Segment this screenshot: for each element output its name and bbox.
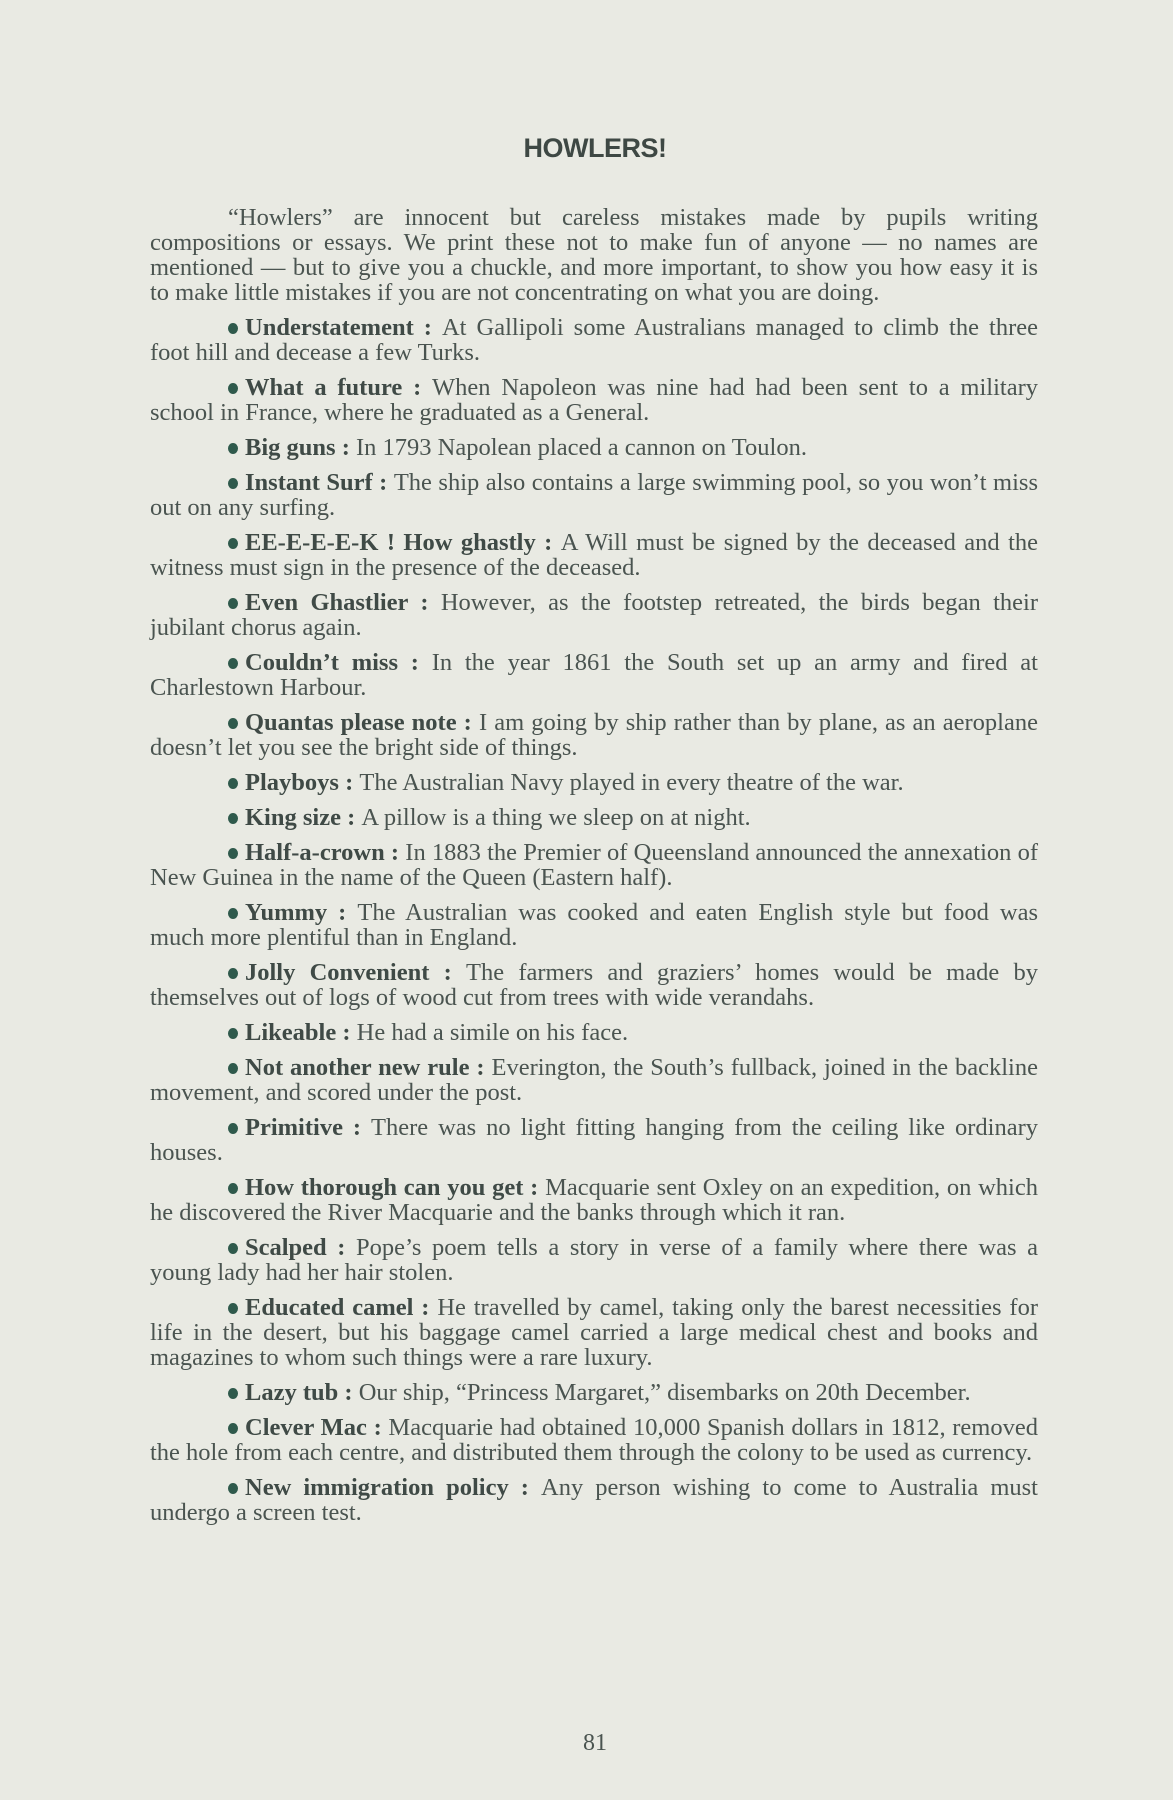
label-separator: :: [336, 434, 356, 461]
howler-label: What a future: [245, 374, 402, 401]
bullet-icon: [228, 443, 238, 454]
howler-label: Likeable: [245, 1019, 336, 1046]
howler-label: Playboys: [245, 769, 339, 796]
label-separator: :: [414, 314, 442, 341]
bullet-icon: [228, 1243, 238, 1254]
howler-entry: Playboys : The Australian Navy played in…: [150, 770, 1038, 795]
howler-entry: Quantas please note : I am going by ship…: [150, 710, 1038, 760]
howler-entry: Understatement : At Gallipoli some Austr…: [150, 315, 1038, 365]
howler-entry: Even Ghastlier : However, as the footste…: [150, 590, 1038, 640]
howler-entry: Lazy tub : Our ship, “Princess Margaret,…: [150, 1380, 1038, 1405]
label-separator: :: [327, 899, 357, 926]
bullet-icon: [228, 1303, 238, 1314]
howler-label: Jolly Convenient: [245, 959, 429, 986]
howler-entry: New immigration policy : Any person wish…: [150, 1475, 1038, 1525]
howler-label: Half-a-crown: [245, 839, 385, 866]
bullet-icon: [228, 848, 238, 859]
howler-entry: Primitive : There was no light fitting h…: [150, 1115, 1038, 1165]
bullet-icon: [228, 1423, 238, 1434]
label-separator: :: [339, 769, 359, 796]
label-separator: :: [509, 1474, 541, 1501]
page-title: HOWLERS!: [150, 133, 1040, 164]
bullet-icon: [228, 813, 238, 824]
howler-entry: Half-a-crown : In 1883 the Premier of Qu…: [150, 840, 1038, 890]
howler-label: Scalped: [245, 1234, 327, 1261]
howler-label: Primitive: [245, 1114, 343, 1141]
label-separator: :: [408, 589, 441, 616]
howler-label: Even Ghastlier: [245, 589, 408, 616]
howler-entry: Instant Surf : The ship also contains a …: [150, 470, 1038, 520]
howler-label: Yummy: [245, 899, 327, 926]
bullet-icon: [228, 538, 238, 549]
howler-entry: EE-E-E-E-K ! How ghastly : A Will must b…: [150, 530, 1038, 580]
howler-label: Big guns: [245, 434, 336, 461]
label-separator: :: [336, 1019, 356, 1046]
label-separator: :: [469, 1054, 491, 1081]
bullet-icon: [228, 1183, 238, 1194]
bullet-icon: [228, 968, 238, 979]
label-separator: :: [327, 1234, 356, 1261]
howler-label: Not another new rule: [245, 1054, 469, 1081]
howler-entry: Clever Mac : Macquarie had obtained 10,0…: [150, 1415, 1038, 1465]
howler-text: A pillow is a thing we sleep on at night…: [361, 804, 750, 831]
label-separator: :: [385, 839, 406, 866]
label-separator: :: [373, 469, 394, 496]
howler-label: Lazy tub: [245, 1379, 338, 1406]
howler-text: He had a simile on his face.: [357, 1019, 628, 1046]
bullet-icon: [228, 478, 238, 489]
howler-label: Quantas please note: [245, 709, 457, 736]
howler-label: Clever Mac: [245, 1414, 367, 1441]
howler-label: Instant Surf: [245, 469, 373, 496]
label-separator: :: [398, 649, 432, 676]
bullet-icon: [228, 1123, 238, 1134]
bullet-icon: [228, 598, 238, 609]
bullet-icon: [228, 383, 238, 394]
howler-text: The Australian Navy played in every thea…: [359, 769, 903, 796]
bullet-icon: [228, 323, 238, 334]
label-separator: :: [457, 709, 479, 736]
howler-label: How thorough can you get: [245, 1174, 523, 1201]
article-body: “Howlers” are innocent but careless mist…: [150, 205, 1038, 1535]
label-separator: :: [367, 1414, 389, 1441]
label-separator: :: [429, 959, 466, 986]
howler-label: Educated camel: [245, 1294, 413, 1321]
label-separator: :: [523, 1174, 545, 1201]
bullet-icon: [228, 908, 238, 919]
howler-text: In 1793 Napolean placed a cannon on Toul…: [356, 434, 807, 461]
bullet-icon: [228, 778, 238, 789]
howler-label: Understatement: [245, 314, 414, 341]
howler-label: New immigration policy: [245, 1474, 509, 1501]
howler-entry: King size : A pillow is a thing we sleep…: [150, 805, 1038, 830]
bullet-icon: [228, 1028, 238, 1039]
bullet-icon: [228, 1483, 238, 1494]
label-separator: :: [536, 529, 561, 556]
page-number: 81: [150, 1730, 1040, 1757]
howler-text: Our ship, “Princess Margaret,” disembark…: [359, 1379, 971, 1406]
bullet-icon: [228, 658, 238, 669]
howler-entry: What a future : When Napoleon was nine h…: [150, 375, 1038, 425]
howler-entry: Likeable : He had a simile on his face.: [150, 1020, 1038, 1045]
label-separator: :: [341, 804, 361, 831]
label-separator: :: [402, 374, 432, 401]
intro-paragraph: “Howlers” are innocent but careless mist…: [150, 205, 1038, 305]
howler-entry: Couldn’t miss : In the year 1861 the Sou…: [150, 650, 1038, 700]
howler-entry: Jolly Convenient : The farmers and grazi…: [150, 960, 1038, 1010]
howler-label: Couldn’t miss: [245, 649, 398, 676]
howler-label: King size: [245, 804, 341, 831]
label-separator: :: [343, 1114, 371, 1141]
howler-entry: Yummy : The Australian was cooked and ea…: [150, 900, 1038, 950]
label-separator: :: [338, 1379, 358, 1406]
howler-label: EE-E-E-E-K ! How ghastly: [245, 529, 536, 556]
bullet-icon: [228, 718, 238, 729]
howler-entry: How thorough can you get : Macquarie sen…: [150, 1175, 1038, 1225]
howlers-list: Understatement : At Gallipoli some Austr…: [150, 315, 1038, 1525]
howler-entry: Not another new rule : Everington, the S…: [150, 1055, 1038, 1105]
bullet-icon: [228, 1388, 238, 1399]
bullet-icon: [228, 1063, 238, 1074]
howler-entry: Educated camel : He travelled by camel, …: [150, 1295, 1038, 1370]
howler-entry: Big guns : In 1793 Napolean placed a can…: [150, 435, 1038, 460]
label-separator: :: [413, 1294, 437, 1321]
howler-entry: Scalped : Pope’s poem tells a story in v…: [150, 1235, 1038, 1285]
